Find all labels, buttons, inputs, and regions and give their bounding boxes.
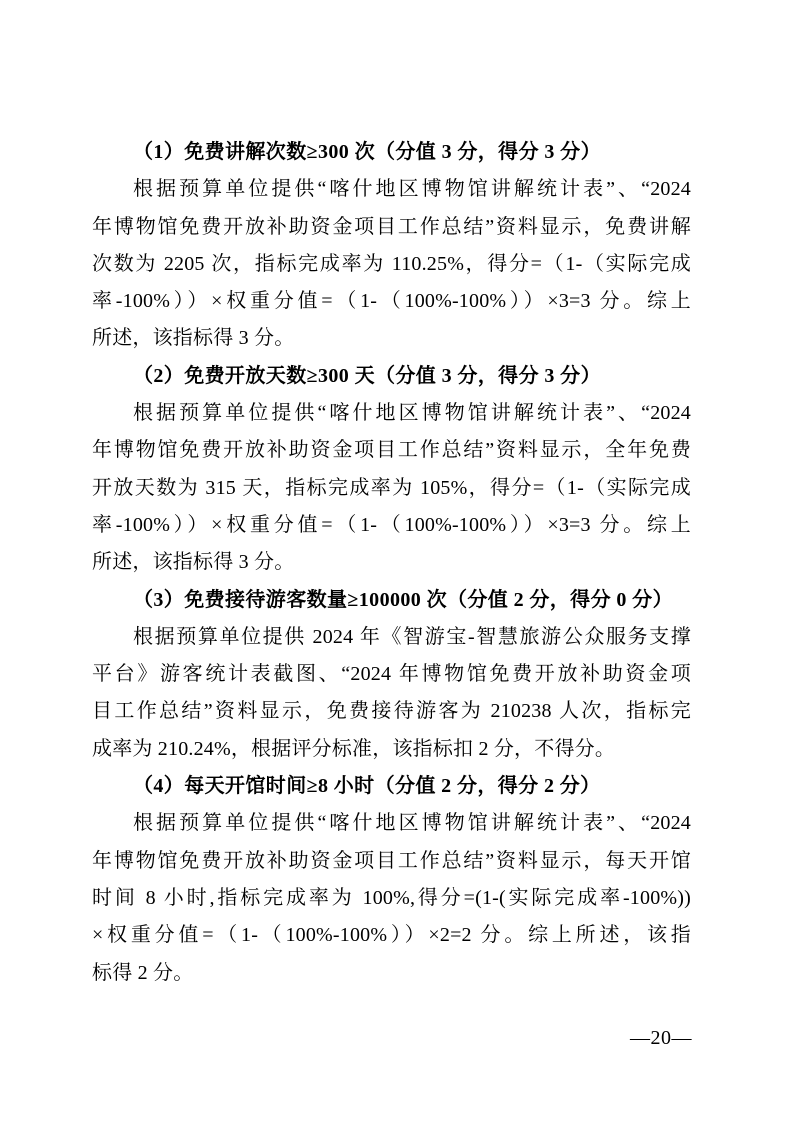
- paragraph-line: 根据预算单位提供“喀什地区博物馆讲解统计表”、“2024: [92, 171, 691, 208]
- document-page: （1）免费讲解次数≥300 次（分值 3 分，得分 3 分） 根据预算单位提供“…: [0, 0, 793, 1122]
- section-heading: （2）免费开放天数≥300 天（分值 3 分，得分 3 分）: [92, 358, 691, 395]
- page-number: —20—: [630, 1026, 692, 1050]
- paragraph-line: 时间 8 小时,指标完成率为 100%,得分=(1-(实际完成率-100%)): [92, 880, 691, 917]
- paragraph-line: 根据预算单位提供 2024 年《智游宝-智慧旅游公众服务支撑: [92, 619, 691, 656]
- paragraph-line: 所述，该指标得 3 分。: [92, 544, 691, 581]
- paragraph-line: 年博物馆免费开放补助资金项目工作总结”资料显示，免费讲解: [92, 209, 691, 246]
- paragraph-line: 率-100%））×权重分值=（1-（100%-100%））×3=3 分。综上: [92, 283, 691, 320]
- paragraph-line: 根据预算单位提供“喀什地区博物馆讲解统计表”、“2024: [92, 395, 691, 432]
- paragraph-line: 年博物馆免费开放补助资金项目工作总结”资料显示，每天开馆: [92, 843, 691, 880]
- paragraph-line: 次数为 2205 次，指标完成率为 110.25%，得分=（1-（实际完成: [92, 246, 691, 283]
- paragraph-line: 目工作总结”资料显示，免费接待游客为 210238 人次，指标完: [92, 693, 691, 730]
- paragraph-line: 根据预算单位提供“喀什地区博物馆讲解统计表”、“2024: [92, 805, 691, 842]
- paragraph-line: 开放天数为 315 天，指标完成率为 105%，得分=（1-（实际完成: [92, 470, 691, 507]
- section-heading: （3）免费接待游客数量≥100000 次（分值 2 分，得分 0 分）: [92, 582, 691, 619]
- section-heading: （4）每天开馆时间≥8 小时（分值 2 分，得分 2 分）: [92, 768, 691, 805]
- paragraph-line: 成率为 210.24%，根据评分标准，该指标扣 2 分，不得分。: [92, 731, 691, 768]
- paragraph-line: 平台》游客统计表截图、“2024 年博物馆免费开放补助资金项: [92, 656, 691, 693]
- paragraph-line: 率-100%））×权重分值=（1-（100%-100%））×3=3 分。综上: [92, 507, 691, 544]
- text-block: （1）免费讲解次数≥300 次（分值 3 分，得分 3 分） 根据预算单位提供“…: [92, 134, 691, 992]
- paragraph-line: 所述，该指标得 3 分。: [92, 320, 691, 357]
- section-heading: （1）免费讲解次数≥300 次（分值 3 分，得分 3 分）: [92, 134, 691, 171]
- paragraph-line: 标得 2 分。: [92, 955, 691, 992]
- paragraph-line: 年博物馆免费开放补助资金项目工作总结”资料显示，全年免费: [92, 432, 691, 469]
- paragraph-line: ×权重分值=（1-（100%-100%））×2=2 分。综上所述，该指: [92, 917, 691, 954]
